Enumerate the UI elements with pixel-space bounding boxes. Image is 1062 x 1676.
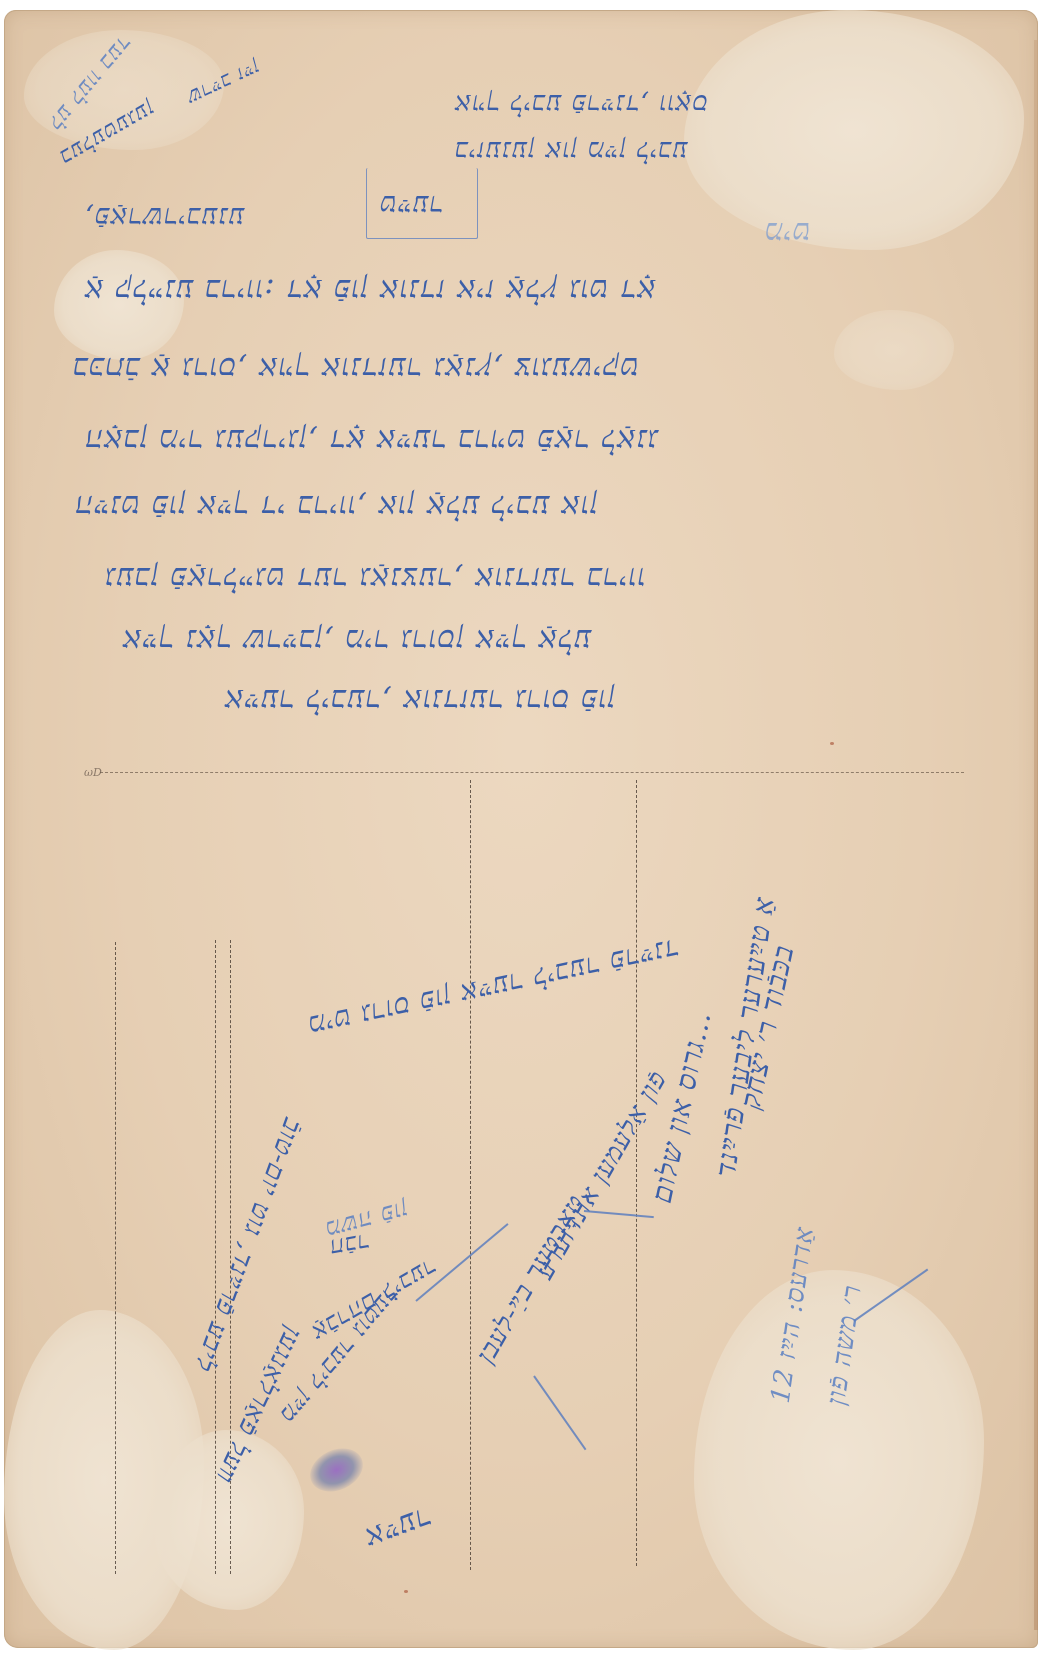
ink-smudge bbox=[303, 1440, 370, 1499]
message-line: בכּתבֿ אַ גרוס, אױך אונדזער גאַנץ, צוגעש… bbox=[72, 350, 639, 386]
spiral-arc: טאָכטער בײַ-לעבן, bbox=[471, 1181, 596, 1368]
address-line bbox=[215, 940, 216, 1574]
paper-speck bbox=[404, 1590, 408, 1593]
message-address-divider bbox=[100, 772, 964, 773]
worn-patch-top-right bbox=[684, 10, 1024, 250]
address-line bbox=[470, 780, 471, 1570]
message-line: הײַנט פֿון אײַך די בריוו, און אַלע ליבע … bbox=[74, 488, 598, 524]
faint-note: מיט bbox=[764, 215, 811, 250]
header-line: אױך ליבע פֿרײַנד, וואָס bbox=[454, 88, 708, 119]
address-line bbox=[636, 780, 637, 1566]
spiral-signature: אײַער bbox=[360, 1499, 436, 1555]
message-line: געבן פֿאַרלײגט דער גאַנצער, אונדזער בריו… bbox=[104, 560, 645, 596]
postcard: לע לעוו בעד בעלעטעגען שרײַב זײַן אױך ליב… bbox=[4, 10, 1038, 1648]
header-line: ביזענען און מײַן ליבע bbox=[454, 135, 688, 166]
message-line: אײַך נאָך שרײַבן, מיר גרוסן אײַך אַלע bbox=[122, 622, 591, 658]
message-line: אַ קלײנע בריוו: דאָ פֿון אונדז איז אַלץ … bbox=[84, 272, 656, 308]
card-edge bbox=[1034, 40, 1038, 1630]
message-line: האָבן מיר געקריגן, דאָ אײַער ברױט פֿאַר … bbox=[84, 422, 658, 458]
address-line bbox=[115, 942, 116, 1574]
closing-line: אײַער ליבער, אונדזער גרוס פֿון bbox=[224, 682, 615, 718]
worn-patch-mid-right bbox=[834, 310, 954, 390]
spiral-outer-arc: מיט גרוס פֿון אײַער ליבער פֿרײַנד bbox=[305, 931, 682, 1043]
pen-stroke bbox=[533, 1375, 586, 1450]
salutation-boxed-word: טײַער bbox=[379, 188, 443, 222]
salutation-rest: פֿאַרשריבענע, bbox=[84, 200, 244, 234]
paper-speck bbox=[830, 742, 834, 745]
